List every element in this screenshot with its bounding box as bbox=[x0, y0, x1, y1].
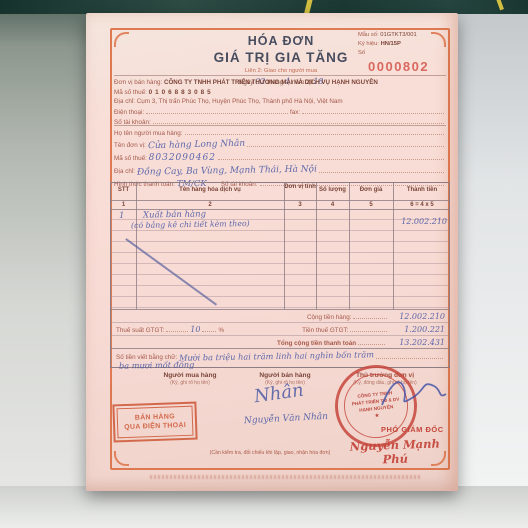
buyer-address-handwritten: Đồng Cay, Ba Vùng, Mạnh Thái, Hà Nội bbox=[137, 164, 317, 177]
buyer-person-label: Họ tên người mua hàng: bbox=[114, 130, 183, 137]
col-index-5: 5 bbox=[349, 202, 393, 208]
serial-label: Ký hiệu: bbox=[358, 41, 379, 47]
buyer-unit-handwritten: Cửa hàng Long Nhân bbox=[147, 139, 244, 152]
seller-unit-label: Đơn vị bán hàng: bbox=[114, 79, 162, 86]
photo-of-invoice: HÓA ĐƠN GIÁ TRỊ GIA TĂNG Liên 2: Giao ch… bbox=[0, 0, 528, 528]
dotted-leader bbox=[218, 154, 444, 160]
seller-address-label: Địa chỉ: bbox=[114, 98, 135, 105]
seller-phone-line: Điện thoại: fax: bbox=[114, 108, 446, 116]
dotted-leader bbox=[146, 108, 288, 114]
seller-fax-label: fax: bbox=[290, 109, 300, 116]
verify-note: (Cần kiểm tra, đối chiếu khi lập, giao, … bbox=[170, 450, 370, 456]
seller-tax-code: 0106883085 bbox=[149, 89, 214, 96]
corner-ornament-icon bbox=[114, 32, 129, 47]
form-value: 01GTKT3/001 bbox=[380, 32, 416, 38]
serial-line: Ký hiệu: HN/15P bbox=[358, 40, 450, 49]
seller-company-name: CÔNG TY TNHH PHÁT TRIỂN THƯƠNG MẠI VÀ DỊ… bbox=[164, 79, 378, 86]
col-index-4: 4 bbox=[316, 202, 349, 208]
vat-amount-handwritten: 1.200.221 bbox=[389, 325, 445, 334]
dotted-leader bbox=[302, 108, 444, 114]
buyer-signature-col: Người mua hàng (Ký, ghi rõ họ tên) bbox=[140, 372, 240, 386]
background-right bbox=[454, 0, 528, 528]
item-no-handwritten: 1 bbox=[119, 211, 124, 221]
grand-total-line: Tổng cộng tiền thanh toán 13.202.431 bbox=[111, 338, 445, 347]
col-index-3: 3 bbox=[284, 202, 316, 208]
in-words-handwritten-1: Mười ba triệu hai trăm linh hai nghìn bố… bbox=[179, 349, 374, 362]
dotted-leader bbox=[153, 118, 444, 124]
seller-phone-label: Điện thoại: bbox=[114, 109, 144, 116]
col-header-unit: Đơn vị tính bbox=[284, 184, 316, 191]
in-words-handwritten-2: ba mươi mốt đồng bbox=[119, 359, 195, 370]
seller-sign-title: Người bán hàng bbox=[235, 372, 335, 379]
col-header-qty: Số lượng bbox=[316, 187, 349, 193]
seller-address-line: Địa chỉ: Cụm 3, Thị trấn Phúc Thọ, Huyện… bbox=[114, 98, 446, 105]
director-signature-scribble bbox=[378, 375, 450, 413]
invoice-title-line1: HÓA ĐƠN bbox=[176, 34, 386, 48]
items-table: STT Tên hàng hóa dịch vụ Đơn vị tính Số … bbox=[110, 182, 450, 368]
grand-total-label: Tổng cộng tiền thanh toán bbox=[277, 340, 356, 347]
buyer-tax-line: Mã số thuế: 8032090462 bbox=[114, 153, 446, 163]
number-label: Số bbox=[358, 50, 365, 56]
background-bottom bbox=[0, 486, 528, 528]
buyer-unit-label: Tên đơn vị: bbox=[114, 142, 146, 149]
dotted-leader bbox=[185, 129, 444, 135]
phone-stamp-line2: QUA ĐIỆN THOẠI bbox=[124, 421, 186, 433]
serial-value: HN/15P bbox=[381, 41, 401, 47]
corner-ornament-icon bbox=[114, 451, 129, 466]
col-header-stt: STT bbox=[111, 187, 136, 193]
copy-note: Liên 2: Giao cho người mua bbox=[176, 68, 386, 74]
buyer-address-label: Địa chỉ: bbox=[114, 168, 135, 175]
invoice-title-line2: GIÁ TRỊ GIA TĂNG bbox=[176, 50, 386, 65]
vat-amount-label: Tiền thuế GTGT: bbox=[302, 327, 348, 334]
dotted-leader bbox=[353, 313, 387, 319]
vat-rate-label: Thuế suất GTGT: bbox=[116, 327, 164, 334]
dotted-leader bbox=[350, 326, 387, 332]
vat-rate-handwritten: 10 bbox=[190, 325, 200, 334]
buyer-address-line: Địa chỉ: Đồng Cay, Ba Vùng, Mạnh Thái, H… bbox=[114, 166, 446, 176]
subtotal-handwritten: 12.002.210 bbox=[389, 312, 445, 321]
printer-info-blurred-line bbox=[150, 475, 420, 479]
director-role-stamp-text: PHÓ GIÁM ĐỐC bbox=[381, 425, 444, 434]
col-header-price: Đơn giá bbox=[349, 187, 393, 193]
dotted-leader bbox=[319, 167, 444, 173]
buyer-unit-line: Tên đơn vị: Cửa hàng Long Nhân bbox=[114, 140, 446, 150]
background-top-shelf bbox=[0, 0, 528, 14]
buyer-person-line: Họ tên người mua hàng: bbox=[114, 129, 446, 137]
dotted-leader bbox=[166, 326, 188, 332]
phone-sale-stamp: BÁN HÀNG QUA ĐIỆN THOẠI bbox=[112, 402, 197, 443]
col-header-desc: Tên hàng hóa dịch vụ bbox=[136, 187, 284, 193]
vat-line: Thuế suất GTGT: 10 % Tiền thuế GTGT: 1.2… bbox=[116, 325, 445, 334]
seller-tax-line: Mã số thuế: 0106883085 bbox=[114, 89, 446, 96]
seller-tax-label: Mã số thuế: bbox=[114, 89, 147, 96]
col-header-amount: Thành tiền bbox=[393, 187, 451, 193]
subtotal-line: Cộng tiền hàng: 12.002.210 bbox=[111, 312, 445, 321]
col-index-2: 2 bbox=[136, 202, 284, 208]
seller-unit-line: Đơn vị bán hàng: CÔNG TY TNHH PHÁT TRIỂN… bbox=[114, 79, 446, 86]
col-index-1: 1 bbox=[111, 202, 136, 208]
col-index-6: 6 = 4 x 5 bbox=[393, 202, 451, 208]
buyer-sign-title: Người mua hàng bbox=[140, 372, 240, 379]
buyer-sign-subtitle: (Ký, ghi rõ họ tên) bbox=[140, 380, 240, 386]
seller-address: Cụm 3, Thị trấn Phúc Thọ, Huyện Phúc Thọ… bbox=[137, 98, 343, 105]
dotted-leader bbox=[247, 141, 444, 147]
form-label: Mẫu số: bbox=[358, 32, 379, 38]
grand-total-handwritten: 13.202.431 bbox=[387, 338, 445, 347]
dotted-leader bbox=[358, 339, 385, 345]
subtotal-label: Cộng tiền hàng: bbox=[307, 314, 351, 321]
percent-sign: % bbox=[218, 327, 224, 334]
form-number-line: Mẫu số: 01GTKT3/001 bbox=[358, 31, 450, 40]
dotted-leader bbox=[376, 353, 443, 359]
background-left bbox=[0, 0, 92, 528]
buyer-block: Họ tên người mua hàng: Tên đơn vị: Cửa h… bbox=[114, 125, 446, 189]
invoice-meta: Mẫu số: 01GTKT3/001 Ký hiệu: HN/15P Số 0… bbox=[358, 31, 450, 77]
dotted-leader bbox=[202, 326, 216, 332]
item-amount-handwritten: 12.002.210 bbox=[395, 217, 447, 226]
buyer-tax-label: Mã số thuế: bbox=[114, 155, 147, 162]
buyer-tax-handwritten: 8032090462 bbox=[149, 153, 216, 163]
seller-block: Đơn vị bán hàng: CÔNG TY TNHH PHÁT TRIỂN… bbox=[114, 75, 446, 126]
invoice-paper: HÓA ĐƠN GIÁ TRỊ GIA TĂNG Liên 2: Giao ch… bbox=[86, 13, 458, 491]
